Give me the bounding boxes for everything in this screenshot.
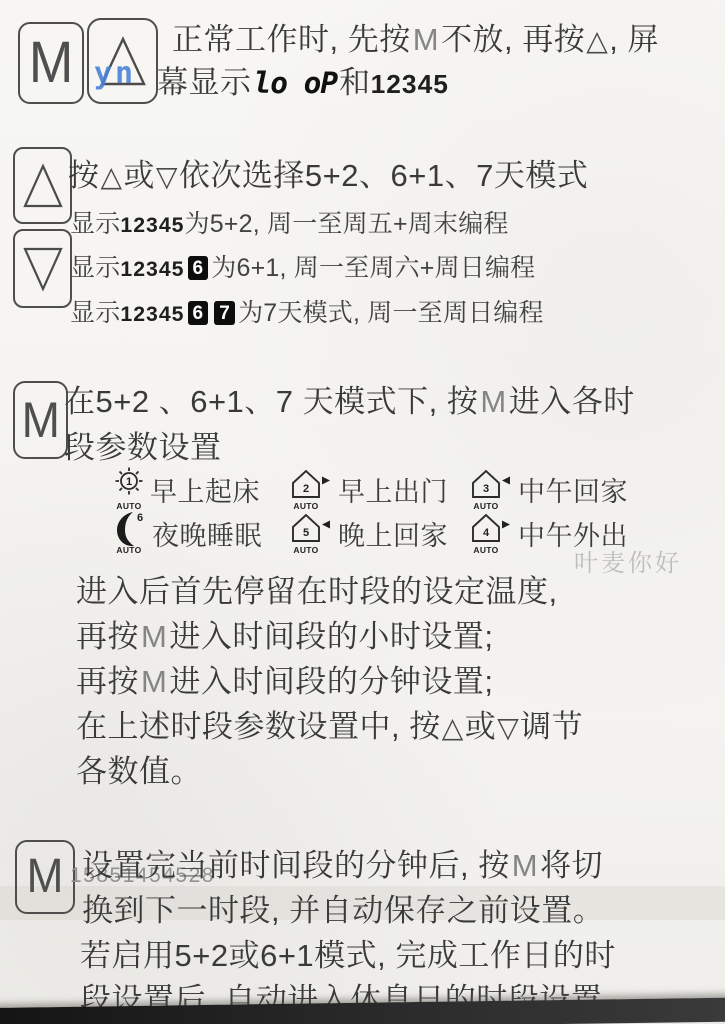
text-run: 为7天模式, 周一至周日编程	[238, 299, 544, 327]
text-run: 换到下一时段, 并自动保存之前设置。	[82, 893, 604, 928]
inverted-day-digit: 6	[188, 301, 209, 325]
instruction-line: 进入后首先停留在时段的设定温度,	[76, 566, 558, 611]
text-run: 段参数设置	[64, 430, 222, 465]
instruction-line: 段参数设置	[64, 422, 222, 467]
down-triangle-glyph: ▽	[496, 712, 520, 743]
text-run: 在上述时段参数设置中, 按	[76, 709, 441, 744]
mode-detail-line: 显示12345为5+2, 周一至周五+周末编程	[70, 204, 509, 240]
name-watermark: 叶麦你好	[574, 543, 682, 578]
m-button: M	[15, 840, 75, 914]
mode-detail-line: 显示123456为6+1, 周一至周六+周日编程	[70, 248, 535, 284]
text-run: 再按	[76, 619, 139, 654]
text-run: 进入各时	[509, 384, 635, 419]
return-home-auto-icon: 5 AUTO	[286, 510, 334, 556]
m-glyph: M	[139, 664, 169, 699]
schedule-item: 2 AUTO 早上出门	[286, 466, 448, 512]
mode-detail-line: 显示1234567为7天模式, 周一至周日编程	[70, 293, 544, 329]
manual-page: M yn 正常工作时, 先按M不放, 再按△, 屏 幕显示lo oP和12345…	[0, 0, 725, 1024]
svg-text:2: 2	[303, 483, 309, 495]
text-run: 幕显示	[157, 65, 252, 100]
schedule-item: 1 AUTO 早上起床	[112, 466, 260, 512]
text-run: 进入后首先停留在时段的设定温度,	[76, 574, 558, 609]
return-home-auto-icon: 3 AUTO	[466, 466, 514, 512]
down-triangle-glyph: ▽	[155, 161, 179, 192]
night-sleep-auto-icon: 6 AUTO	[112, 510, 148, 556]
text-run: 进入时间段的分钟设置;	[169, 664, 493, 699]
schedule-label: 早上出门	[338, 470, 448, 509]
m-button-label: M	[21, 395, 59, 445]
display-digits: 12345	[371, 69, 449, 99]
m-button-label: M	[29, 34, 73, 92]
svg-text:AUTO: AUTO	[293, 545, 318, 555]
up-triangle-glyph: △	[585, 25, 609, 56]
instruction-line: 再按M进入时间段的分钟设置;	[76, 656, 493, 701]
text-run: 调节	[520, 709, 583, 744]
text-run: 各数值。	[76, 754, 202, 789]
inverted-day-digit: 7	[214, 301, 235, 325]
text-run: 或	[465, 709, 497, 744]
instruction-line: 正常工作时, 先按M不放, 再按△, 屏	[172, 14, 659, 59]
instruction-line: 各数值。	[76, 746, 202, 791]
up-triangle-glyph: △	[441, 712, 465, 743]
display-digits: 12345	[120, 257, 184, 281]
m-button: M	[18, 22, 84, 104]
up-triangle-glyph: △	[100, 161, 124, 192]
svg-text:4: 4	[483, 527, 490, 539]
schedule-label: 晚上回家	[338, 514, 448, 553]
instruction-line: 若启用5+2或6+1模式, 完成工作日的时	[80, 930, 616, 975]
instruction-line: 在上述时段参数设置中, 按△或▽调节	[76, 701, 583, 746]
inverted-day-digit: 6	[188, 256, 209, 280]
text-run: 显示	[70, 254, 120, 282]
svg-text:6: 6	[137, 512, 143, 524]
m-glyph: M	[139, 619, 169, 654]
schedule-item: 5 AUTO 晚上回家	[286, 510, 448, 556]
svg-text:AUTO: AUTO	[116, 545, 141, 555]
triangle-up-icon	[22, 161, 64, 211]
svg-text:5: 5	[303, 527, 309, 539]
svg-text:1: 1	[126, 476, 132, 488]
leave-home-auto-icon: 4 AUTO	[466, 510, 514, 556]
schedule-item: 3 AUTO 中午回家	[466, 466, 628, 512]
text-run: 将切	[540, 848, 603, 883]
sunrise-auto-icon: 1 AUTO	[112, 466, 146, 512]
display-digits: 12345	[120, 302, 184, 326]
instruction-line: 按△或▽依次选择5+2、6+1、7天模式	[68, 150, 588, 195]
schedule-label: 夜晚睡眠	[152, 514, 262, 553]
up-button	[13, 147, 72, 224]
seven-segment-text: lo oP	[252, 66, 340, 100]
text-run: , 屏	[609, 22, 659, 57]
schedule-label: 中午回家	[518, 470, 628, 509]
leave-home-auto-icon: 2 AUTO	[286, 466, 334, 512]
text-run: 进入时间段的小时设置;	[169, 619, 493, 654]
text-run: 在5+2 、6+1、7 天模式下, 按	[64, 384, 478, 419]
m-glyph: M	[478, 384, 508, 419]
schedule-label: 早上起床	[150, 470, 260, 509]
instruction-line: 在5+2 、6+1、7 天模式下, 按M进入各时	[64, 376, 635, 421]
instruction-line: 设置完当前时间段的分钟后, 按M将切	[82, 840, 603, 885]
text-run: 显示	[70, 299, 120, 327]
m-glyph: M	[411, 22, 441, 57]
text-run: 不放, 再按	[441, 22, 585, 57]
text-run: 为6+1, 周一至周六+周日编程	[211, 254, 535, 282]
text-run: 设置完当前时间段的分钟后, 按	[82, 848, 510, 883]
text-run: 再按	[76, 664, 139, 699]
instruction-line: 换到下一时段, 并自动保存之前设置。	[82, 885, 604, 930]
instruction-line: 再按M进入时间段的小时设置;	[76, 611, 493, 656]
display-digits: 12345	[120, 213, 184, 237]
text-run: 正常工作时, 先按	[172, 22, 411, 57]
text-run: 或	[123, 158, 155, 193]
text-run: 依次选择5+2、6+1、7天模式	[179, 158, 588, 193]
svg-text:AUTO: AUTO	[473, 545, 498, 555]
svg-text:3: 3	[483, 483, 489, 495]
down-button	[13, 229, 72, 308]
text-run: 若启用5+2或6+1模式, 完成工作日的时	[80, 938, 616, 973]
instruction-line: 幕显示lo oP和12345	[157, 57, 449, 102]
triangle-down-icon	[22, 244, 64, 294]
m-button-label: M	[27, 853, 64, 901]
schedule-item: 6 AUTO 夜晚睡眠	[112, 510, 262, 556]
text-run: 按	[68, 158, 100, 193]
text-run: 和	[339, 65, 371, 100]
yn-watermark: yn	[94, 56, 136, 91]
m-glyph: M	[510, 848, 540, 883]
m-button: M	[13, 381, 68, 459]
text-run: 为5+2, 周一至周五+周末编程	[185, 210, 509, 238]
text-run: 显示	[70, 210, 120, 238]
